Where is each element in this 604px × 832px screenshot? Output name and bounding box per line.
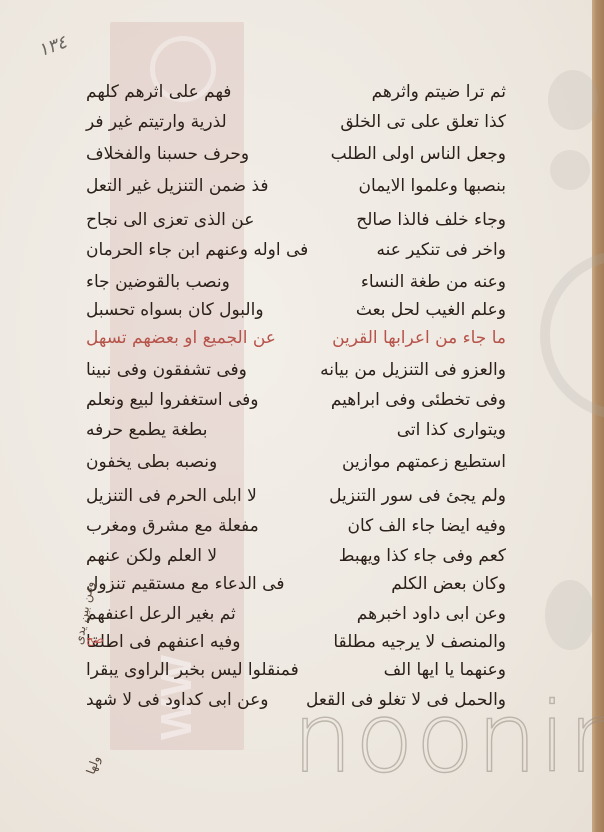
hemistich-left: عن الجميع او بعضهم تسهل xyxy=(86,328,276,348)
verse-line: وفى تخطئى وفى ابراهيم وفى استغفروا لبيع … xyxy=(86,386,506,414)
verse-line: وجاء خلف فالذا صالح عن الذى تعزى الى نجا… xyxy=(86,206,506,234)
verse-line: وفيه ايضا جاء الف كان مفعلة مع مشرق ومغر… xyxy=(86,512,506,540)
hemistich-left: وحرف حسبنا والفخلاف xyxy=(86,144,249,164)
hemistich-right: ويتوارى كذا اتى xyxy=(397,420,506,440)
hemistich-left: فهم على اثرهم كلهم xyxy=(86,82,231,102)
verse-line: كذا تعلق على تى الخلق لذرية وارتيتم غير … xyxy=(86,108,506,136)
hemistich-left: فى اوله وعنهم ابن جاء الحرمان xyxy=(86,240,308,260)
hemistich-left: وعن ابى كداود فى لا شهد xyxy=(86,690,268,710)
hemistich-left: وفى تشفقون وفى نبينا xyxy=(86,360,247,380)
verse-line: استطيع زعمتهم موازين ونصبه بطى يخفون xyxy=(86,448,506,476)
hemistich-right: وفى تخطئى وفى ابراهيم xyxy=(331,390,506,410)
verse-line: وعنه من طغة النساء ونصب بالقوضين جاء xyxy=(86,268,506,296)
background-ornament-floral xyxy=(550,150,590,190)
verse-line: ويتوارى كذا اتى بطغة يطمع حرفه xyxy=(86,416,506,444)
hemistich-right: وجعل الناس اولى الطلب xyxy=(331,144,506,164)
background-ornament-floral xyxy=(545,580,595,650)
hemistich-left: وفى استغفروا لبيع ونعلم xyxy=(86,390,259,410)
hemistich-left: ونصبه بطى يخفون xyxy=(86,452,217,472)
hemistich-right: كعم وفى جاء كذا ويهبط xyxy=(339,546,506,566)
hemistich-right: وجاء خلف فالذا صالح xyxy=(356,210,506,230)
hemistich-left: فى الدعاء مع مستقيم تنزول xyxy=(86,574,284,594)
margin-correction-mark: صح xyxy=(86,632,104,646)
hemistich-right: وعلم الغيب لحل بعث xyxy=(356,300,506,320)
hemistich-right: كذا تعلق على تى الخلق xyxy=(340,112,506,132)
hemistich-right: وعنه من طغة النساء xyxy=(361,272,506,292)
hemistich-right: واخر فى تنكير عنه xyxy=(377,240,506,260)
hemistich-right: ولم يجئ فى سور التنزيل xyxy=(329,486,506,506)
hemistich-right: وفيه ايضا جاء الف كان xyxy=(347,516,506,536)
hemistich-left: فمنقلوا ليس بخبر الراوى يبقرا xyxy=(86,660,299,680)
hemistich-right: ثم ترا ضيتم واثرهم xyxy=(372,82,506,102)
hemistich-right: والمنصف لا يرجيه مطلقا xyxy=(333,632,506,652)
verse-line: ولم يجئ فى سور التنزيل لا ابلى الحرم فى … xyxy=(86,482,506,510)
verse-line: وجعل الناس اولى الطلب وحرف حسبنا والفخلا… xyxy=(86,140,506,168)
hemistich-left: ونصب بالقوضين جاء xyxy=(86,272,230,292)
verse-line: والعزو فى التنزيل من بيانه وفى تشفقون وف… xyxy=(86,356,506,384)
hemistich-right: وكان بعض الكلم xyxy=(391,574,506,594)
verse-line: كعم وفى جاء كذا ويهبط لا العلم ولكن عنهم xyxy=(86,542,506,570)
verse-line: وعلم الغيب لحل بعث والبول كان بسواه تحسب… xyxy=(86,296,506,324)
hemistich-right: استطيع زعمتهم موازين xyxy=(342,452,506,472)
hemistich-right: وعنهما يا ايها الف xyxy=(384,660,506,680)
verse-line: وعنهما يا ايها الف فمنقلوا ليس بخبر الرا… xyxy=(86,656,506,684)
hemistich-left: وفيه اعنفهم فى اطلقا xyxy=(86,632,241,652)
verse-line: وكان بعض الكلم فى الدعاء مع مستقيم تنزول xyxy=(86,570,506,598)
hemistich-right: بنصبها وعلموا الايمان xyxy=(358,176,506,196)
hemistich-left: لا ابلى الحرم فى التنزيل xyxy=(86,486,257,506)
rubric-heading-line: ما جاء من اعرابها القرين عن الجميع او بع… xyxy=(86,324,506,352)
verse-line: وعن ابى داود اخبرهم ثم بغير الرعل اعنفهم xyxy=(86,600,506,628)
hemistich-left: لا العلم ولكن عنهم xyxy=(86,546,217,566)
verse-line: والمنصف لا يرجيه مطلقا وفيه اعنفهم فى اط… xyxy=(86,628,506,656)
hemistich-left: مفعلة مع مشرق ومغرب xyxy=(86,516,259,536)
hemistich-left: ثم بغير الرعل اعنفهم xyxy=(86,604,236,624)
verse-line: واخر فى تنكير عنه فى اوله وعنهم ابن جاء … xyxy=(86,236,506,264)
hemistich-left: لذرية وارتيتم غير فر xyxy=(86,112,227,132)
hemistich-right: والعزو فى التنزيل من بيانه xyxy=(320,360,506,380)
hemistich-left: عن الذى تعزى الى نجاح xyxy=(86,210,254,230)
hemistich-right: وعن ابى داود اخبرهم xyxy=(357,604,506,624)
hemistich-right: ما جاء من اعرابها القرين xyxy=(332,328,506,348)
hemistich-left: فذ ضمن التنزيل غير التعل xyxy=(86,176,269,196)
background-ornament-floral xyxy=(548,70,598,130)
verse-line: ثم ترا ضيتم واثرهم فهم على اثرهم كلهم xyxy=(86,78,506,106)
watermark-text: noonir xyxy=(292,690,604,786)
hemistich-left: والبول كان بسواه تحسبل xyxy=(86,300,264,320)
verse-line: بنصبها وعلموا الايمان فذ ضمن التنزيل غير… xyxy=(86,172,506,200)
hemistich-left: بطغة يطمع حرفه xyxy=(86,420,207,440)
